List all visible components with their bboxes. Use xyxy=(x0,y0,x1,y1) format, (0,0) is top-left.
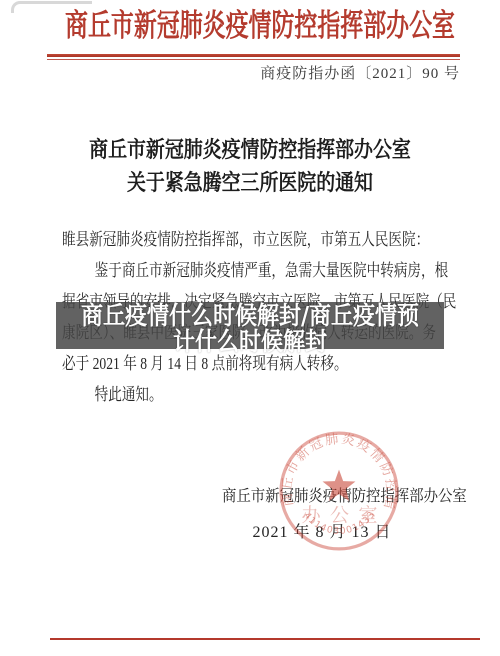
body-closing: 特此通知。 xyxy=(62,379,380,410)
document-title-line1: 商丘市新冠肺炎疫情防控指挥部办公室 xyxy=(35,133,465,166)
signature-date: 2021 年 8 月 13 日 xyxy=(197,519,447,542)
watermark-overlay-band: 商丘疫情什么时候解封/商丘疫情预 计什么时候解封 xyxy=(56,302,444,349)
letterhead-rule-thin xyxy=(47,59,460,60)
watermark-text: 商丘疫情什么时候解封/商丘疫情预 计什么时候解封 xyxy=(79,302,420,355)
footer-rule xyxy=(50,638,480,640)
notice-document-page: 商丘市新冠肺炎疫情防控指挥部办公室 商疫防指办函〔2021〕90 号 商丘市新冠… xyxy=(0,0,500,656)
document-number: 商疫防指办函〔2021〕90 号 xyxy=(260,62,460,83)
signature-block: 商丘市新冠肺炎疫情防控指挥部办公室 2021 年 8 月 13 日 xyxy=(197,483,447,542)
body-salutation: 睢县新冠肺炎疫情防控指挥部，市立医院，市第五人民医院： xyxy=(62,224,380,255)
body-line: 鉴于商丘市新冠肺炎疫情严重，急需大量医院中转病房，根 xyxy=(62,255,380,286)
signature-org: 商丘市新冠肺炎疫情防控指挥部办公室 xyxy=(222,483,447,506)
document-title: 商丘市新冠肺炎疫情防控指挥部办公室 关于紧急腾空三所医院的通知 xyxy=(35,133,465,199)
document-title-line2: 关于紧急腾空三所医院的通知 xyxy=(35,166,465,199)
letterhead-rule-thick xyxy=(47,54,460,57)
letterhead-org-title: 商丘市新冠肺炎疫情防控指挥部办公室 xyxy=(65,5,435,47)
watermark-line1: 商丘疫情什么时候解封/商丘疫情预 xyxy=(79,303,420,329)
watermark-line2: 计什么时候解封 xyxy=(79,329,420,355)
